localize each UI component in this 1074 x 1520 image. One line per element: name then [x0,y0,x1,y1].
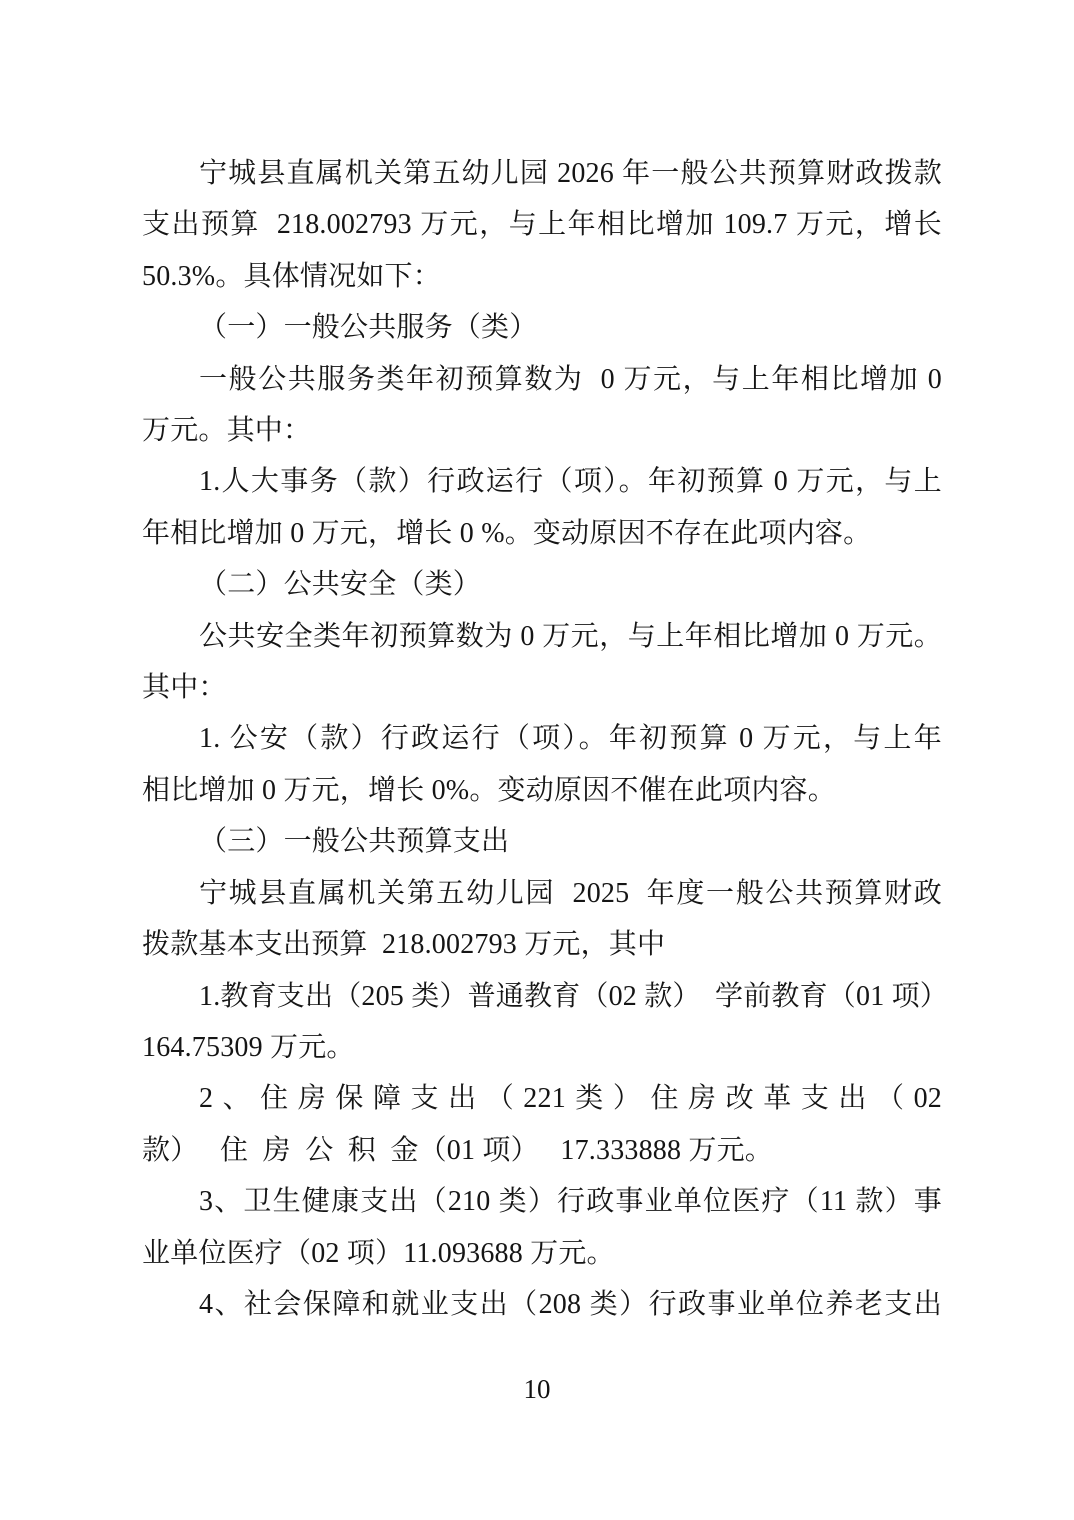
text-line: 万元。其中： [142,405,942,456]
text-line: 1. 公安（款）行政运行（项）。年初预算 0 万元，与上年 [142,713,942,764]
paragraph: 1.人大事务（款）行政运行（项）。年初预算 0 万元，与上年相比增加 0 万元，… [142,456,942,559]
paragraph: （三）一般公共预算支出 [142,816,942,867]
text-line: 支出预算 218.002793 万元，与上年相比增加 109.7 万元，增长 [142,199,942,250]
text-line: 宁城县直属机关第五幼儿园 2026 年一般公共预算财政拨款 [142,148,942,199]
text-line: 50.3%。具体情况如下： [142,251,942,302]
paragraph: （一）一般公共服务（类） [142,302,942,353]
paragraph: 2、住房保障支出（221类）住房改革支出（02款） 住 房 公 积 金（01 项… [142,1073,942,1176]
text-line: 1.人大事务（款）行政运行（项）。年初预算 0 万元，与上 [142,456,942,507]
paragraph: （二）公共安全（类） [142,559,942,610]
text-line: 2、住房保障支出（221类）住房改革支出（02 [142,1073,942,1124]
text-line: 款） 住 房 公 积 金（01 项） 17.333888 万元。 [142,1125,942,1176]
text-line: 宁城县直属机关第五幼儿园 2025 年度一般公共预算财政 [142,868,942,919]
page-footer: 10 [0,1371,1074,1407]
text-line: （三）一般公共预算支出 [142,816,942,867]
document-body: 宁城县直属机关第五幼儿园 2026 年一般公共预算财政拨款支出预算 218.00… [142,148,942,1330]
paragraph: 宁城县直属机关第五幼儿园 2025 年度一般公共预算财政拨款基本支出预算 218… [142,868,942,971]
text-line: 年相比增加 0 万元，增长 0 %。变动原因不存在此项内容。 [142,508,942,559]
text-line: 4、社会保障和就业支出（208 类）行政事业单位养老支出 [142,1279,942,1330]
paragraph: 宁城县直属机关第五幼儿园 2026 年一般公共预算财政拨款支出预算 218.00… [142,148,942,302]
text-line: 164.75309 万元。 [142,1022,942,1073]
text-line: 3、卫生健康支出（210 类）行政事业单位医疗（11 款）事 [142,1176,942,1227]
paragraph: 1.教育支出（205 类）普通教育（02 款） 学前教育（01 项）164.75… [142,971,942,1074]
text-line: 1.教育支出（205 类）普通教育（02 款） 学前教育（01 项） [142,971,942,1022]
text-line: （二）公共安全（类） [142,559,942,610]
text-line: 相比增加 0 万元，增长 0%。变动原因不催在此项内容。 [142,765,942,816]
text-line: 业单位医疗（02 项）11.093688 万元。 [142,1228,942,1279]
paragraph: 一般公共服务类年初预算数为 0 万元，与上年相比增加 0万元。其中： [142,354,942,457]
text-line: （一）一般公共服务（类） [142,302,942,353]
paragraph: 1. 公安（款）行政运行（项）。年初预算 0 万元，与上年相比增加 0 万元，增… [142,713,942,816]
text-line: 公共安全类年初预算数为 0 万元，与上年相比增加 0 万元。 [142,611,942,662]
document-page: 宁城县直属机关第五幼儿园 2026 年一般公共预算财政拨款支出预算 218.00… [0,0,1074,1520]
page-number: 10 [524,1374,551,1404]
text-line: 一般公共服务类年初预算数为 0 万元，与上年相比增加 0 [142,354,942,405]
paragraph: 3、卫生健康支出（210 类）行政事业单位医疗（11 款）事业单位医疗（02 项… [142,1176,942,1279]
paragraph: 4、社会保障和就业支出（208 类）行政事业单位养老支出 [142,1279,942,1330]
paragraph: 公共安全类年初预算数为 0 万元，与上年相比增加 0 万元。其中： [142,611,942,714]
text-line: 拨款基本支出预算 218.002793 万元，其中 [142,919,942,970]
text-line: 其中： [142,662,942,713]
